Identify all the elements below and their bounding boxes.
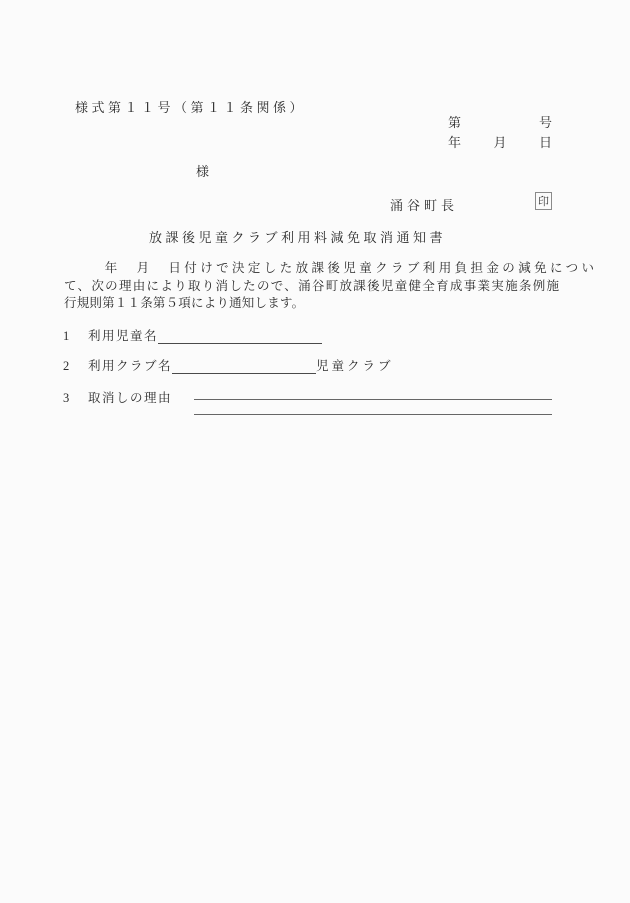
item-club-name-row: 2 利用クラブ名 児童クラブ (63, 358, 394, 374)
body-line-2: て、次の理由により取り消したので、涌谷町放課後児童健全育成事業実施条例施 (64, 278, 576, 296)
date-month-label: 月 (493, 132, 506, 151)
item-cancellation-reason-row: 3 取消しの理由 (63, 390, 172, 406)
cancellation-reason-underline-1 (194, 384, 552, 400)
date-year-label: 年 (448, 132, 461, 151)
seal-label: 印 (538, 193, 549, 209)
seal-box: 印 (535, 192, 552, 210)
item-child-name-row: 1 利用児童名 (63, 328, 322, 344)
doc-number-suffix: 号 (539, 112, 552, 131)
sender-name: 涌谷町長 (390, 195, 458, 214)
child-name-field-underline (158, 328, 322, 344)
item-2-suffix: 児童クラブ (316, 358, 394, 374)
body-line-1: 年 月 日付けで決定した放課後児童クラブ利用負担金の減免につい (64, 260, 576, 278)
item-3-number: 3 (63, 390, 88, 406)
date-line: 年 月 日 (448, 132, 552, 151)
doc-number-prefix: 第 (448, 112, 461, 131)
body-paragraph: 年 月 日付けで決定した放課後児童クラブ利用負担金の減免につい て、次の理由によ… (64, 260, 576, 313)
doc-number-line: 第 号 (448, 112, 552, 131)
item-3-label: 取消しの理由 (88, 390, 172, 406)
form-number: 様式第１１号（第１１条関係） (75, 97, 306, 116)
item-1-number: 1 (63, 328, 88, 344)
date-day-label: 日 (539, 132, 552, 151)
item-2-number: 2 (63, 358, 88, 374)
document-page: 様式第１１号（第１１条関係） 第 号 年 月 日 様 涌谷町長 印 放課後児童ク… (0, 0, 630, 903)
item-2-label: 利用クラブ名 (88, 358, 172, 374)
body-line-3: 行規則第１１条第５項により通知します。 (64, 295, 576, 313)
item-1-label: 利用児童名 (88, 328, 158, 344)
recipient-honorific: 様 (196, 161, 209, 180)
club-name-field-underline (172, 358, 316, 374)
document-title: 放課後児童クラブ利用料減免取消通知書 (149, 227, 446, 246)
cancellation-reason-underline-2 (194, 399, 552, 415)
